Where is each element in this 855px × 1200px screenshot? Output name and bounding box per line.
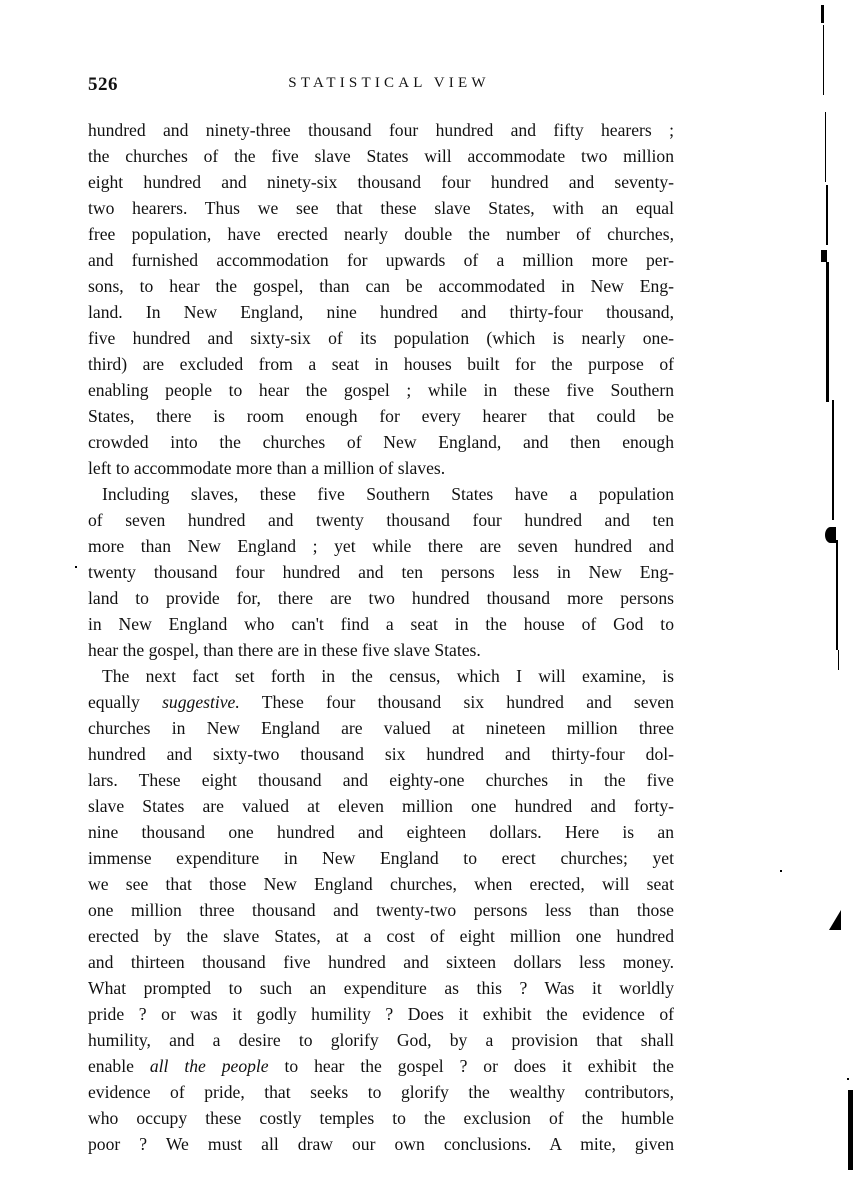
italic-emphasis: suggestive.: [162, 692, 240, 712]
text-line: two hearers. Thus we see that these slav…: [88, 195, 674, 221]
book-page: 526 STATISTICAL VIEW hundred and ninety-…: [0, 0, 855, 1200]
body-text: hundred and ninety-three thousand four h…: [88, 117, 674, 1157]
text-line: States, there is room enough for every h…: [88, 403, 674, 429]
text-line: evidence of pride, that seeks to glorify…: [88, 1079, 674, 1105]
text-line: enable all the people to hear the gospel…: [88, 1053, 674, 1079]
text-line: slave States are valued at eleven millio…: [88, 793, 674, 819]
text-line: immense expenditure in New England to er…: [88, 845, 674, 871]
paragraph: Including slaves, these five Southern St…: [88, 481, 674, 663]
text-line: pride ? or was it godly humility ? Does …: [88, 1001, 674, 1027]
text-line: we see that those New England churches, …: [88, 871, 674, 897]
text-line: of seven hundred and twenty thousand fou…: [88, 507, 674, 533]
text-line: twenty thousand four hundred and ten per…: [88, 559, 674, 585]
text-line: more than New England ; yet while there …: [88, 533, 674, 559]
text-line: free population, have erected nearly dou…: [88, 221, 674, 247]
text-line: left to accommodate more than a million …: [88, 455, 674, 481]
text-line: land to provide for, there are two hundr…: [88, 585, 674, 611]
text-line: The next fact set forth in the census, w…: [88, 663, 674, 689]
text-line: in New England who can't find a seat in …: [88, 611, 674, 637]
text-line: five hundred and sixty-six of its popula…: [88, 325, 674, 351]
paragraph: hundred and ninety-three thousand four h…: [88, 117, 674, 481]
text-line: land. In New England, nine hundred and t…: [88, 299, 674, 325]
text-line: What prompted to such an expenditure as …: [88, 975, 674, 1001]
text-line: who occupy these costly temples to the e…: [88, 1105, 674, 1131]
text-line: and furnished accommodation for upwards …: [88, 247, 674, 273]
page-header: 526 STATISTICAL VIEW: [88, 74, 674, 98]
margin-speck: [75, 566, 77, 568]
text-line: humility, and a desire to glorify God, b…: [88, 1027, 674, 1053]
running-head: STATISTICAL VIEW: [88, 75, 674, 92]
text-line: eight hundred and ninety-six thousand fo…: [88, 169, 674, 195]
italic-emphasis: all the people: [150, 1056, 269, 1076]
paragraph: The next fact set forth in the census, w…: [88, 663, 674, 1157]
text-line: and thirteen thousand five hundred and s…: [88, 949, 674, 975]
text-line: Including slaves, these five Southern St…: [88, 481, 674, 507]
text-line: hear the gospel, than there are in these…: [88, 637, 674, 663]
text-line: hundred and ninety-three thousand four h…: [88, 117, 674, 143]
text-line: one million three thousand and twenty-tw…: [88, 897, 674, 923]
text-line: crowded into the churches of New England…: [88, 429, 674, 455]
text-line: the churches of the five slave States wi…: [88, 143, 674, 169]
text-line: churches in New England are valued at ni…: [88, 715, 674, 741]
text-line: nine thousand one hundred and eighteen d…: [88, 819, 674, 845]
text-line: lars. These eight thousand and eighty-on…: [88, 767, 674, 793]
text-line: enabling people to hear the gospel ; whi…: [88, 377, 674, 403]
text-line: hundred and sixty-two thousand six hundr…: [88, 741, 674, 767]
text-line: equally suggestive. These four thousand …: [88, 689, 674, 715]
text-line: third) are excluded from a seat in house…: [88, 351, 674, 377]
text-line: sons, to hear the gospel, than can be ac…: [88, 273, 674, 299]
text-line: poor ? We must all draw our own conclusi…: [88, 1131, 674, 1157]
text-line: erected by the slave States, at a cost o…: [88, 923, 674, 949]
